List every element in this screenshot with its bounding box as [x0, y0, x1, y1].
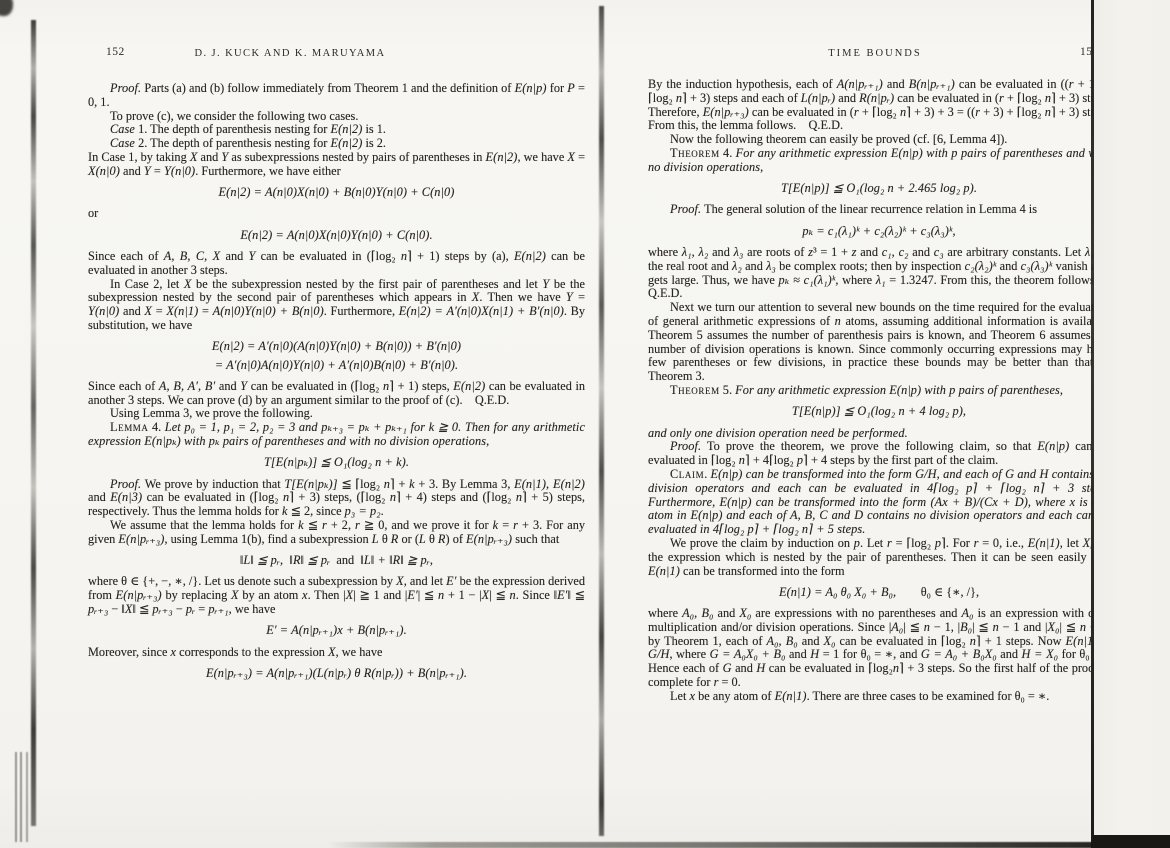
- display-equation: E(n|2) = A(n|0)X(n|0)Y(n|0) + C(n|0).: [88, 229, 585, 243]
- paragraph: or: [88, 207, 585, 221]
- spine-shadow-streak: [31, 20, 36, 826]
- paragraph: Since each of A, B, A′, B′ and Y can be …: [88, 380, 585, 408]
- paragraph: Lemma 4. Let p₀ = 1, p₁ = 2, p₂ = 3 and …: [88, 421, 585, 449]
- paragraph: We assume that the lemma holds for k ≦ r…: [88, 519, 585, 547]
- paragraph: Proof. The general solution of the linea…: [648, 203, 1093, 217]
- display-equation: pₖ = c₁(λ₁)ᵏ + c₂(λ₂)ᵏ + c₃(λ₃)ᵏ,: [648, 225, 1093, 239]
- left-running-head: D. J. KUCK AND K. MARUYAMA: [190, 48, 390, 59]
- left-page-number: 152: [106, 46, 125, 58]
- display-equation: E(n|2) = A(n|0)X(n|0) + B(n|0)Y(n|0) + C…: [88, 186, 585, 200]
- beyond-page-edge-area: [1094, 0, 1170, 848]
- paragraph: In Case 2, let X be the subexpression ne…: [88, 278, 585, 333]
- scanned-book-spread: 152 D. J. KUCK AND K. MARUYAMA Proof. Pa…: [0, 0, 1170, 848]
- gutter-shadow-streak: [599, 6, 604, 836]
- paragraph: Now the following theorem can easily be …: [648, 133, 1093, 147]
- display-equation: E′ = A(n|pᵣ₊₁)x + B(n|pᵣ₊₁).: [88, 624, 585, 638]
- paragraph: In Case 1, by taking X and Y as subexpre…: [88, 151, 585, 179]
- display-equation: ‖L‖ ≦ pᵣ, ‖R‖ ≦ pᵣ and ‖L‖ + ‖R‖ ≧ pᵣ,: [88, 554, 585, 568]
- paragraph: Since each of A, B, C, X and Y can be ev…: [88, 250, 585, 278]
- display-equation: E(n|2) = A′(n|0)(A(n|0)Y(n|0) + B(n|0)) …: [88, 340, 585, 354]
- paragraph: Proof. Parts (a) and (b) follow immediat…: [88, 82, 585, 110]
- scan-corner-smudge: [0, 0, 13, 16]
- paragraph: where A₀, B₀ and X₀ are expressions with…: [648, 607, 1093, 690]
- paragraph: Theorem 5. For any arithmetic expression…: [648, 384, 1093, 398]
- paragraph: Proof. We prove by induction that T[E(n|…: [88, 478, 585, 519]
- display-equation: = A′(n|0)A(n|0)Y(n|0) + A′(n|0)B(n|0) + …: [88, 359, 585, 373]
- paragraph: Using Lemma 3, we prove the following.: [88, 407, 585, 421]
- display-equation: E(n|pᵣ₊₃) = A(n|pᵣ₊₁)(L(n|pᵣ) θ R(n|pᵣ))…: [88, 667, 585, 681]
- paragraph: Let x be any atom of E(n|1). There are t…: [648, 690, 1093, 704]
- paragraph: Next we turn our attention to several ne…: [648, 301, 1093, 384]
- left-page: 152 D. J. KUCK AND K. MARUYAMA Proof. Pa…: [88, 40, 585, 840]
- spine-shadow-streaks-bottom: [13, 752, 33, 842]
- paragraph: where θ ∈ {+, −, ∗, /}. Let us denote su…: [88, 575, 585, 616]
- paragraph: To prove (c), we consider the following …: [88, 110, 585, 124]
- display-equation: T[E(n|pₖ)] ≦ O₁(log₂ n + k).: [88, 456, 585, 470]
- right-page-body: By the induction hypothesis, each of A(n…: [648, 78, 1093, 704]
- paragraph: Case 2. The depth of parenthesis nesting…: [88, 137, 585, 151]
- left-page-body: Proof. Parts (a) and (b) follow immediat…: [88, 82, 585, 688]
- paragraph: Proof. To prove the theorem, we prove th…: [648, 440, 1093, 468]
- paragraph: By the induction hypothesis, each of A(n…: [648, 78, 1093, 133]
- display-equation: E(n|1) = A₀ θ₀ X₀ + B₀, θ₀ ∈ {∗, /},: [648, 586, 1093, 600]
- paragraph: Case 1. The depth of parenthesis nesting…: [88, 123, 585, 137]
- paragraph: where λ₁, λ₂ and λ₃ are roots of z³ = 1 …: [648, 246, 1093, 301]
- display-equation: T[E(n|p)] ≦ O₁(log₂ n + 2.465 log₂ p).: [648, 182, 1093, 196]
- right-running-head: TIME BOUNDS: [768, 48, 982, 59]
- right-page: TIME BOUNDS 153 By the induction hypothe…: [648, 38, 1093, 843]
- bottom-right-shadow-block: [1093, 835, 1170, 848]
- paragraph: Moreover, since x corresponds to the exp…: [88, 646, 585, 660]
- display-equation: T[E(n|p)] ≦ O₁(log₂ n + 4 log₂ p),: [648, 405, 1093, 419]
- paragraph: Claim. E(n|p) can be transformed into th…: [648, 468, 1093, 537]
- right-page-number: 153: [1080, 46, 1093, 58]
- right-page-clip: TIME BOUNDS 153 By the induction hypothe…: [648, 0, 1093, 848]
- paragraph: Theorem 4. For any arithmetic expression…: [648, 147, 1093, 175]
- paragraph: and only one division operation need be …: [648, 427, 1093, 441]
- paragraph: We prove the claim by induction on p. Le…: [648, 537, 1093, 578]
